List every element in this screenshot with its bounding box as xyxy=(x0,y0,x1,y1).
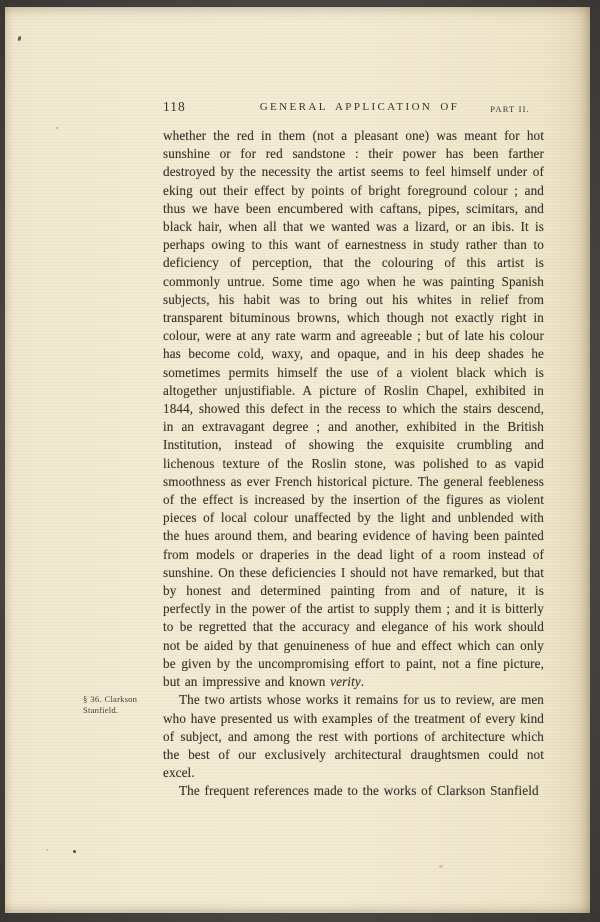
paragraph-3-text: The frequent references made to the work… xyxy=(179,783,539,798)
scan-speck xyxy=(439,865,443,868)
scan-speck xyxy=(73,850,76,853)
book-page-paper: 118 GENERAL APPLICATION OF PART II. whet… xyxy=(5,7,590,913)
paragraph-3: The frequent references made to the work… xyxy=(163,782,544,800)
part-label: PART II. xyxy=(490,100,530,118)
paragraph-1: whether the red in them (not a pleasant … xyxy=(163,127,544,691)
paragraph-2: § 36. Clarkson Stanfield.The two artists… xyxy=(163,691,544,782)
italic-word-verity: verity xyxy=(330,674,361,689)
scan-speck xyxy=(56,127,58,129)
scan-speck xyxy=(17,36,21,42)
paragraph-2-text: The two artists whose works it remains f… xyxy=(163,692,544,780)
scan-speck xyxy=(46,849,48,851)
running-header: 118 GENERAL APPLICATION OF PART II. xyxy=(163,98,544,116)
scanned-book-page: 118 GENERAL APPLICATION OF PART II. whet… xyxy=(0,0,600,922)
paragraph-1-text: whether the red in them (not a pleasant … xyxy=(163,128,544,689)
page-body: whether the red in them (not a pleasant … xyxy=(163,127,544,801)
paragraph-1-end: . xyxy=(361,674,364,689)
margin-note-section-36: § 36. Clarkson Stanfield. xyxy=(83,694,159,716)
page-content: 118 GENERAL APPLICATION OF PART II. whet… xyxy=(163,98,544,801)
